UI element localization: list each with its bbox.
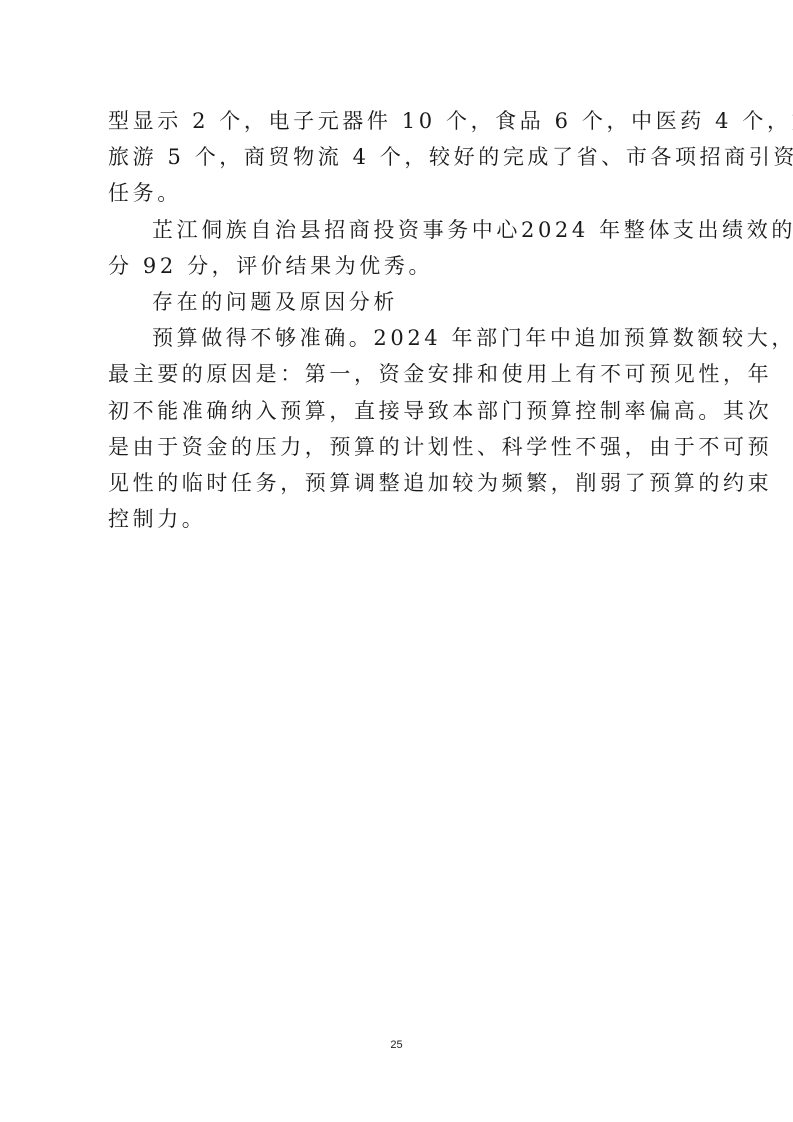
text-line: 最主要的原因是：第一，资金安排和使用上有不可预见性，年 xyxy=(108,356,688,392)
paragraph-investment-results: 型显示 2 个，电子元器件 10 个，食品 6 个，中医药 4 个，文化 旅游 … xyxy=(108,103,688,212)
paragraph-budget-accuracy: 预算做得不够准确。2024 年部门年中追加预算数额较大， 最主要的原因是：第一，… xyxy=(108,320,688,537)
text-line: 预算做得不够准确。2024 年部门年中追加预算数额较大， xyxy=(108,320,688,356)
text-line: 任务。 xyxy=(108,175,688,211)
document-page: 型显示 2 个，电子元器件 10 个，食品 6 个，中医药 4 个，文化 旅游 … xyxy=(0,0,793,1122)
text-line: 型显示 2 个，电子元器件 10 个，食品 6 个，中医药 4 个，文化 xyxy=(108,103,688,139)
page-number: 25 xyxy=(0,1039,793,1051)
text-line: 初不能准确纳入预算，直接导致本部门预算控制率偏高。其次 xyxy=(108,393,688,429)
paragraph-performance-score: 芷江侗族自治县招商投资事务中心2024 年整体支出绩效的 分 92 分，评价结果… xyxy=(108,212,688,284)
heading-text: 存在的问题及原因分析 xyxy=(108,284,688,320)
text-line: 是由于资金的压力，预算的计划性、科学性不强，由于不可预 xyxy=(108,429,688,465)
text-line: 分 92 分，评价结果为优秀。 xyxy=(108,248,688,284)
section-heading-problems: 存在的问题及原因分析 xyxy=(108,284,688,320)
body-text: 型显示 2 个，电子元器件 10 个，食品 6 个，中医药 4 个，文化 旅游 … xyxy=(108,103,688,537)
text-line: 控制力。 xyxy=(108,501,688,537)
text-line: 旅游 5 个，商贸物流 4 个，较好的完成了省、市各项招商引资 xyxy=(108,139,688,175)
text-line: 芷江侗族自治县招商投资事务中心2024 年整体支出绩效的 xyxy=(108,212,688,248)
text-line: 见性的临时任务，预算调整追加较为频繁，削弱了预算的约束 xyxy=(108,465,688,501)
